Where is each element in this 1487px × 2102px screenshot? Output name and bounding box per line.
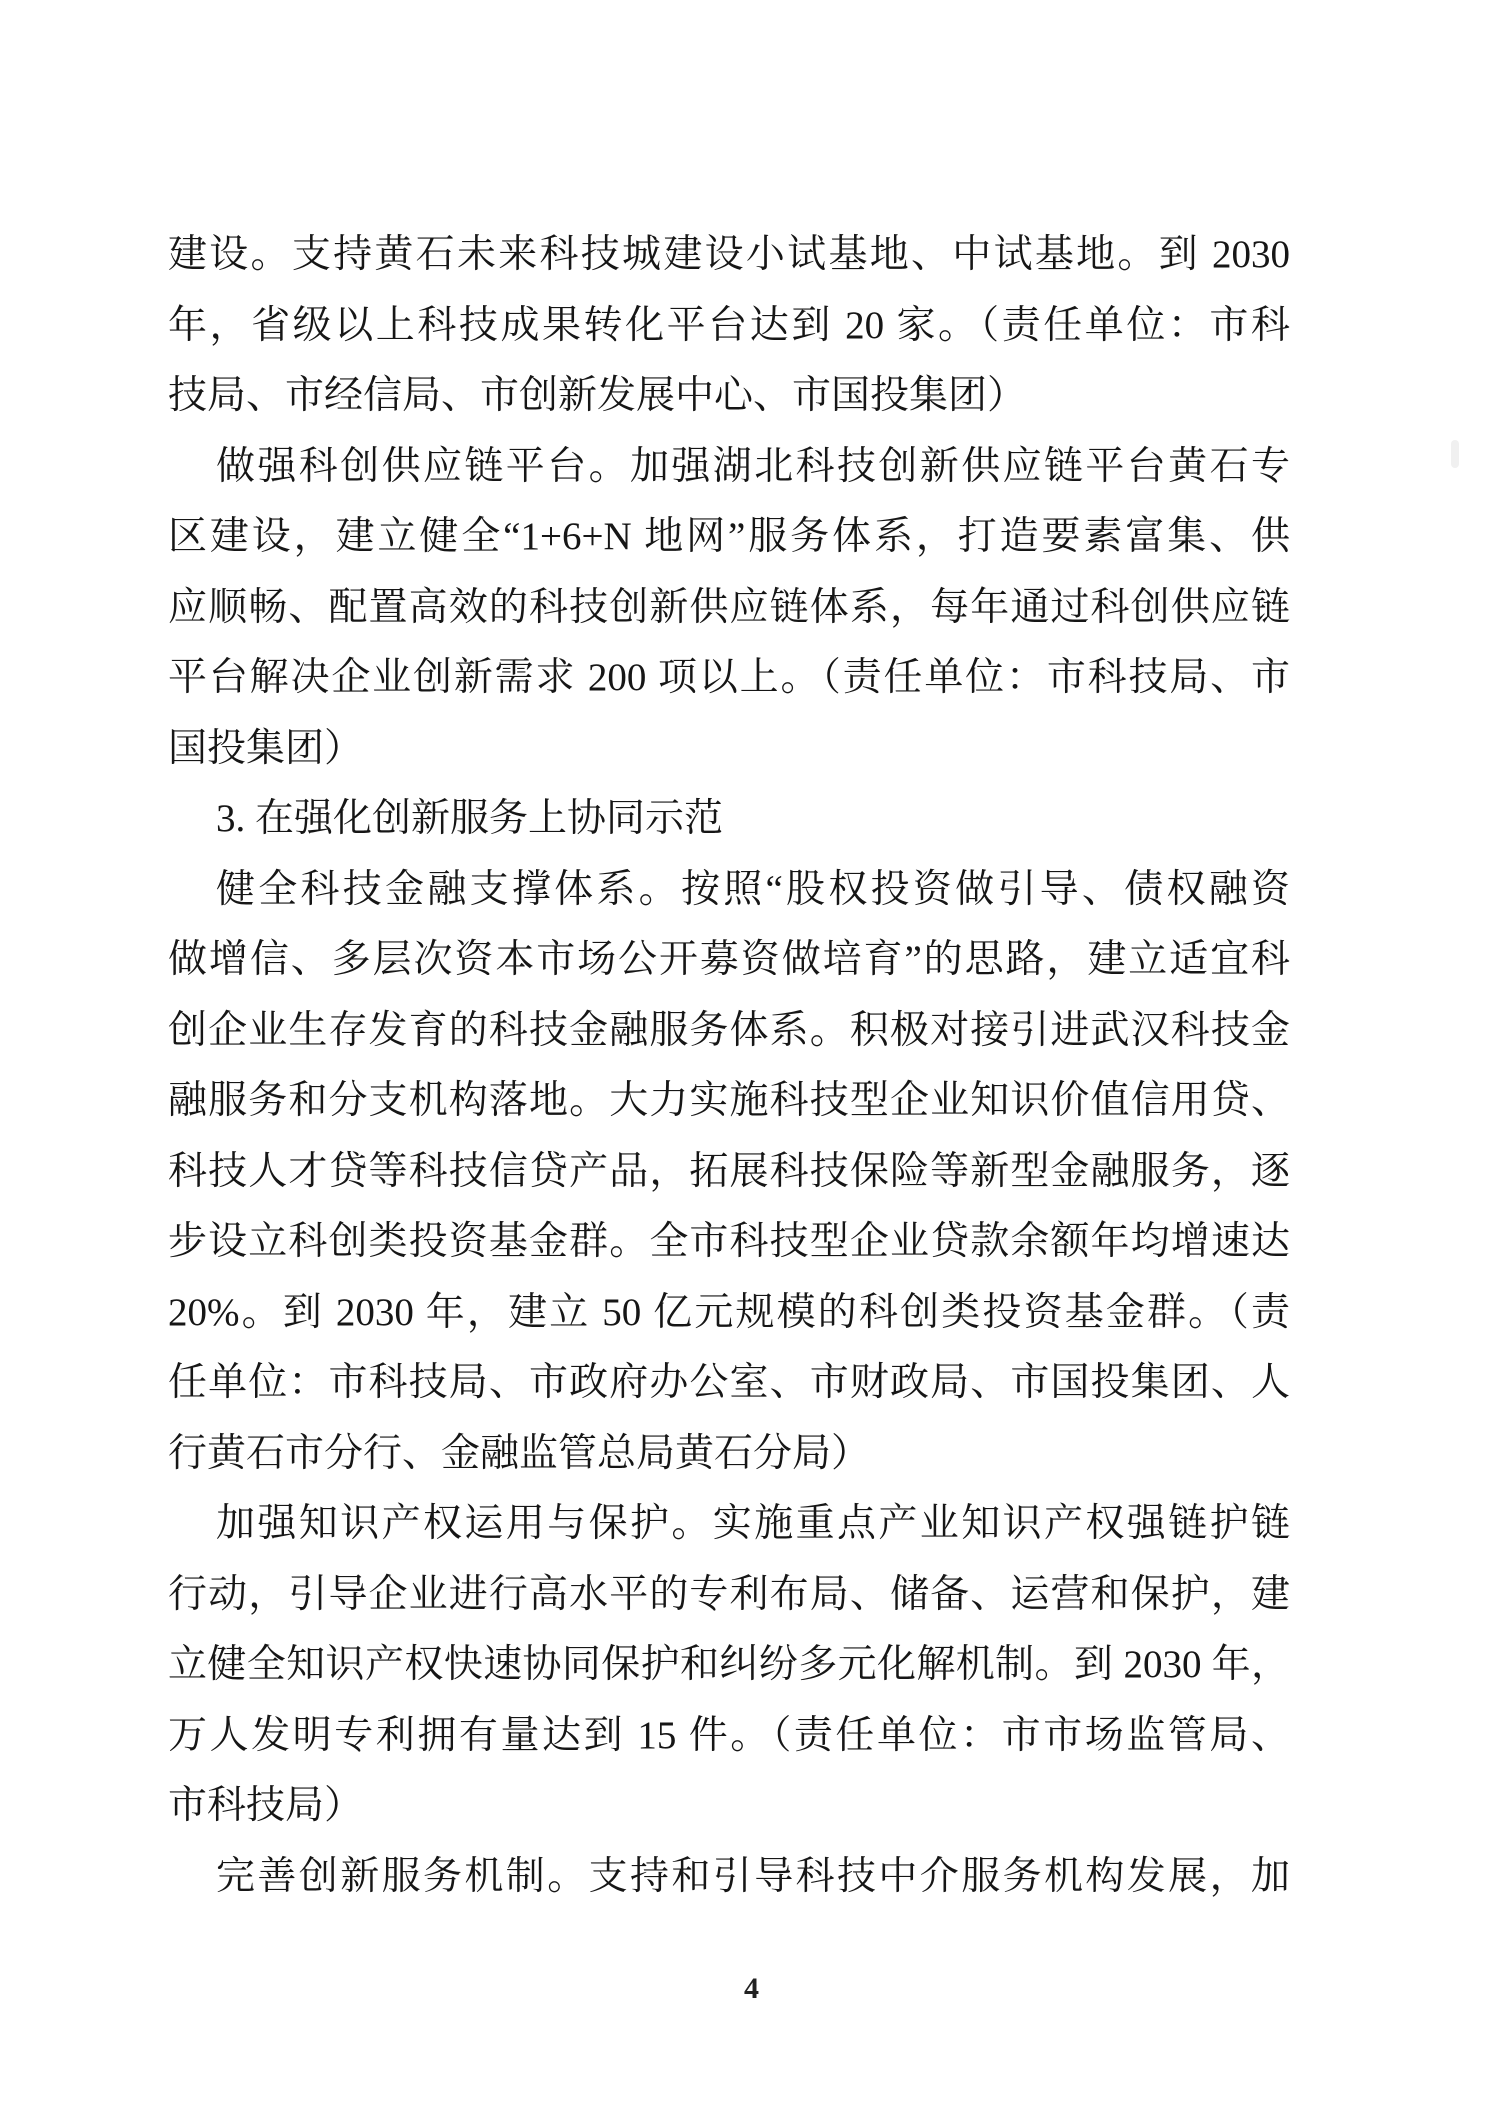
text-line: 完善创新服务机制。支持和引导科技中介服务机构发展，加 (168, 1842, 1290, 1913)
text-line: 立健全知识产权快速协同保护和纠纷多元化解机制。到 2030 年， (168, 1630, 1290, 1701)
text-block: 建设。支持黄石未来科技城建设小试基地、中试基地。到 2030年，省级以上科技成果… (168, 220, 1290, 1912)
text-line: 任单位：市科技局、市政府办公室、市财政局、市国投集团、人 (168, 1348, 1290, 1419)
text-line: 科技人才贷等科技信贷产品，拓展科技保险等新型金融服务，逐 (168, 1137, 1290, 1208)
text-line: 技局、市经信局、市创新发展中心、市国投集团） (168, 361, 1290, 432)
text-line: 20%。到 2030 年，建立 50 亿元规模的科创类投资基金群。（责 (168, 1278, 1290, 1349)
text-line: 平台解决企业创新需求 200 项以上。（责任单位：市科技局、市 (168, 643, 1290, 714)
page-number: 4 (0, 1972, 1487, 2006)
text-line: 融服务和分支机构落地。大力实施科技型企业知识价值信用贷、 (168, 1066, 1290, 1137)
text-line: 区建设，建立健全“1+6+N 地网”服务体系，打造要素富集、供 (168, 502, 1290, 573)
scan-artifact (1451, 440, 1459, 468)
text-line: 加强知识产权运用与保护。实施重点产业知识产权强链护链 (168, 1489, 1290, 1560)
text-line: 步设立科创类投资基金群。全市科技型企业贷款余额年均增速达 (168, 1207, 1290, 1278)
text-line: 建设。支持黄石未来科技城建设小试基地、中试基地。到 2030 (168, 220, 1290, 291)
text-line: 年，省级以上科技成果转化平台达到 20 家。（责任单位：市科 (168, 291, 1290, 362)
text-line: 行动，引导企业进行高水平的专利布局、储备、运营和保护，建 (168, 1560, 1290, 1631)
document-page: 建设。支持黄石未来科技城建设小试基地、中试基地。到 2030年，省级以上科技成果… (0, 0, 1487, 2102)
text-line: 创企业生存发育的科技金融服务体系。积极对接引进武汉科技金 (168, 996, 1290, 1067)
text-line: 行黄石市分行、金融监管总局黄石分局） (168, 1419, 1290, 1490)
text-line: 做强科创供应链平台。加强湖北科技创新供应链平台黄石专 (168, 432, 1290, 503)
text-line: 做增信、多层次资本市场公开募资做培育”的思路，建立适宜科 (168, 925, 1290, 996)
text-line: 万人发明专利拥有量达到 15 件。（责任单位：市市场监管局、 (168, 1701, 1290, 1772)
text-line: 应顺畅、配置高效的科技创新供应链体系，每年通过科创供应链 (168, 573, 1290, 644)
text-line: 健全科技金融支撑体系。按照“股权投资做引导、债权融资 (168, 855, 1290, 926)
text-line: 市科技局） (168, 1771, 1290, 1842)
text-line: 3. 在强化创新服务上协同示范 (168, 784, 1290, 855)
text-line: 国投集团） (168, 714, 1290, 785)
